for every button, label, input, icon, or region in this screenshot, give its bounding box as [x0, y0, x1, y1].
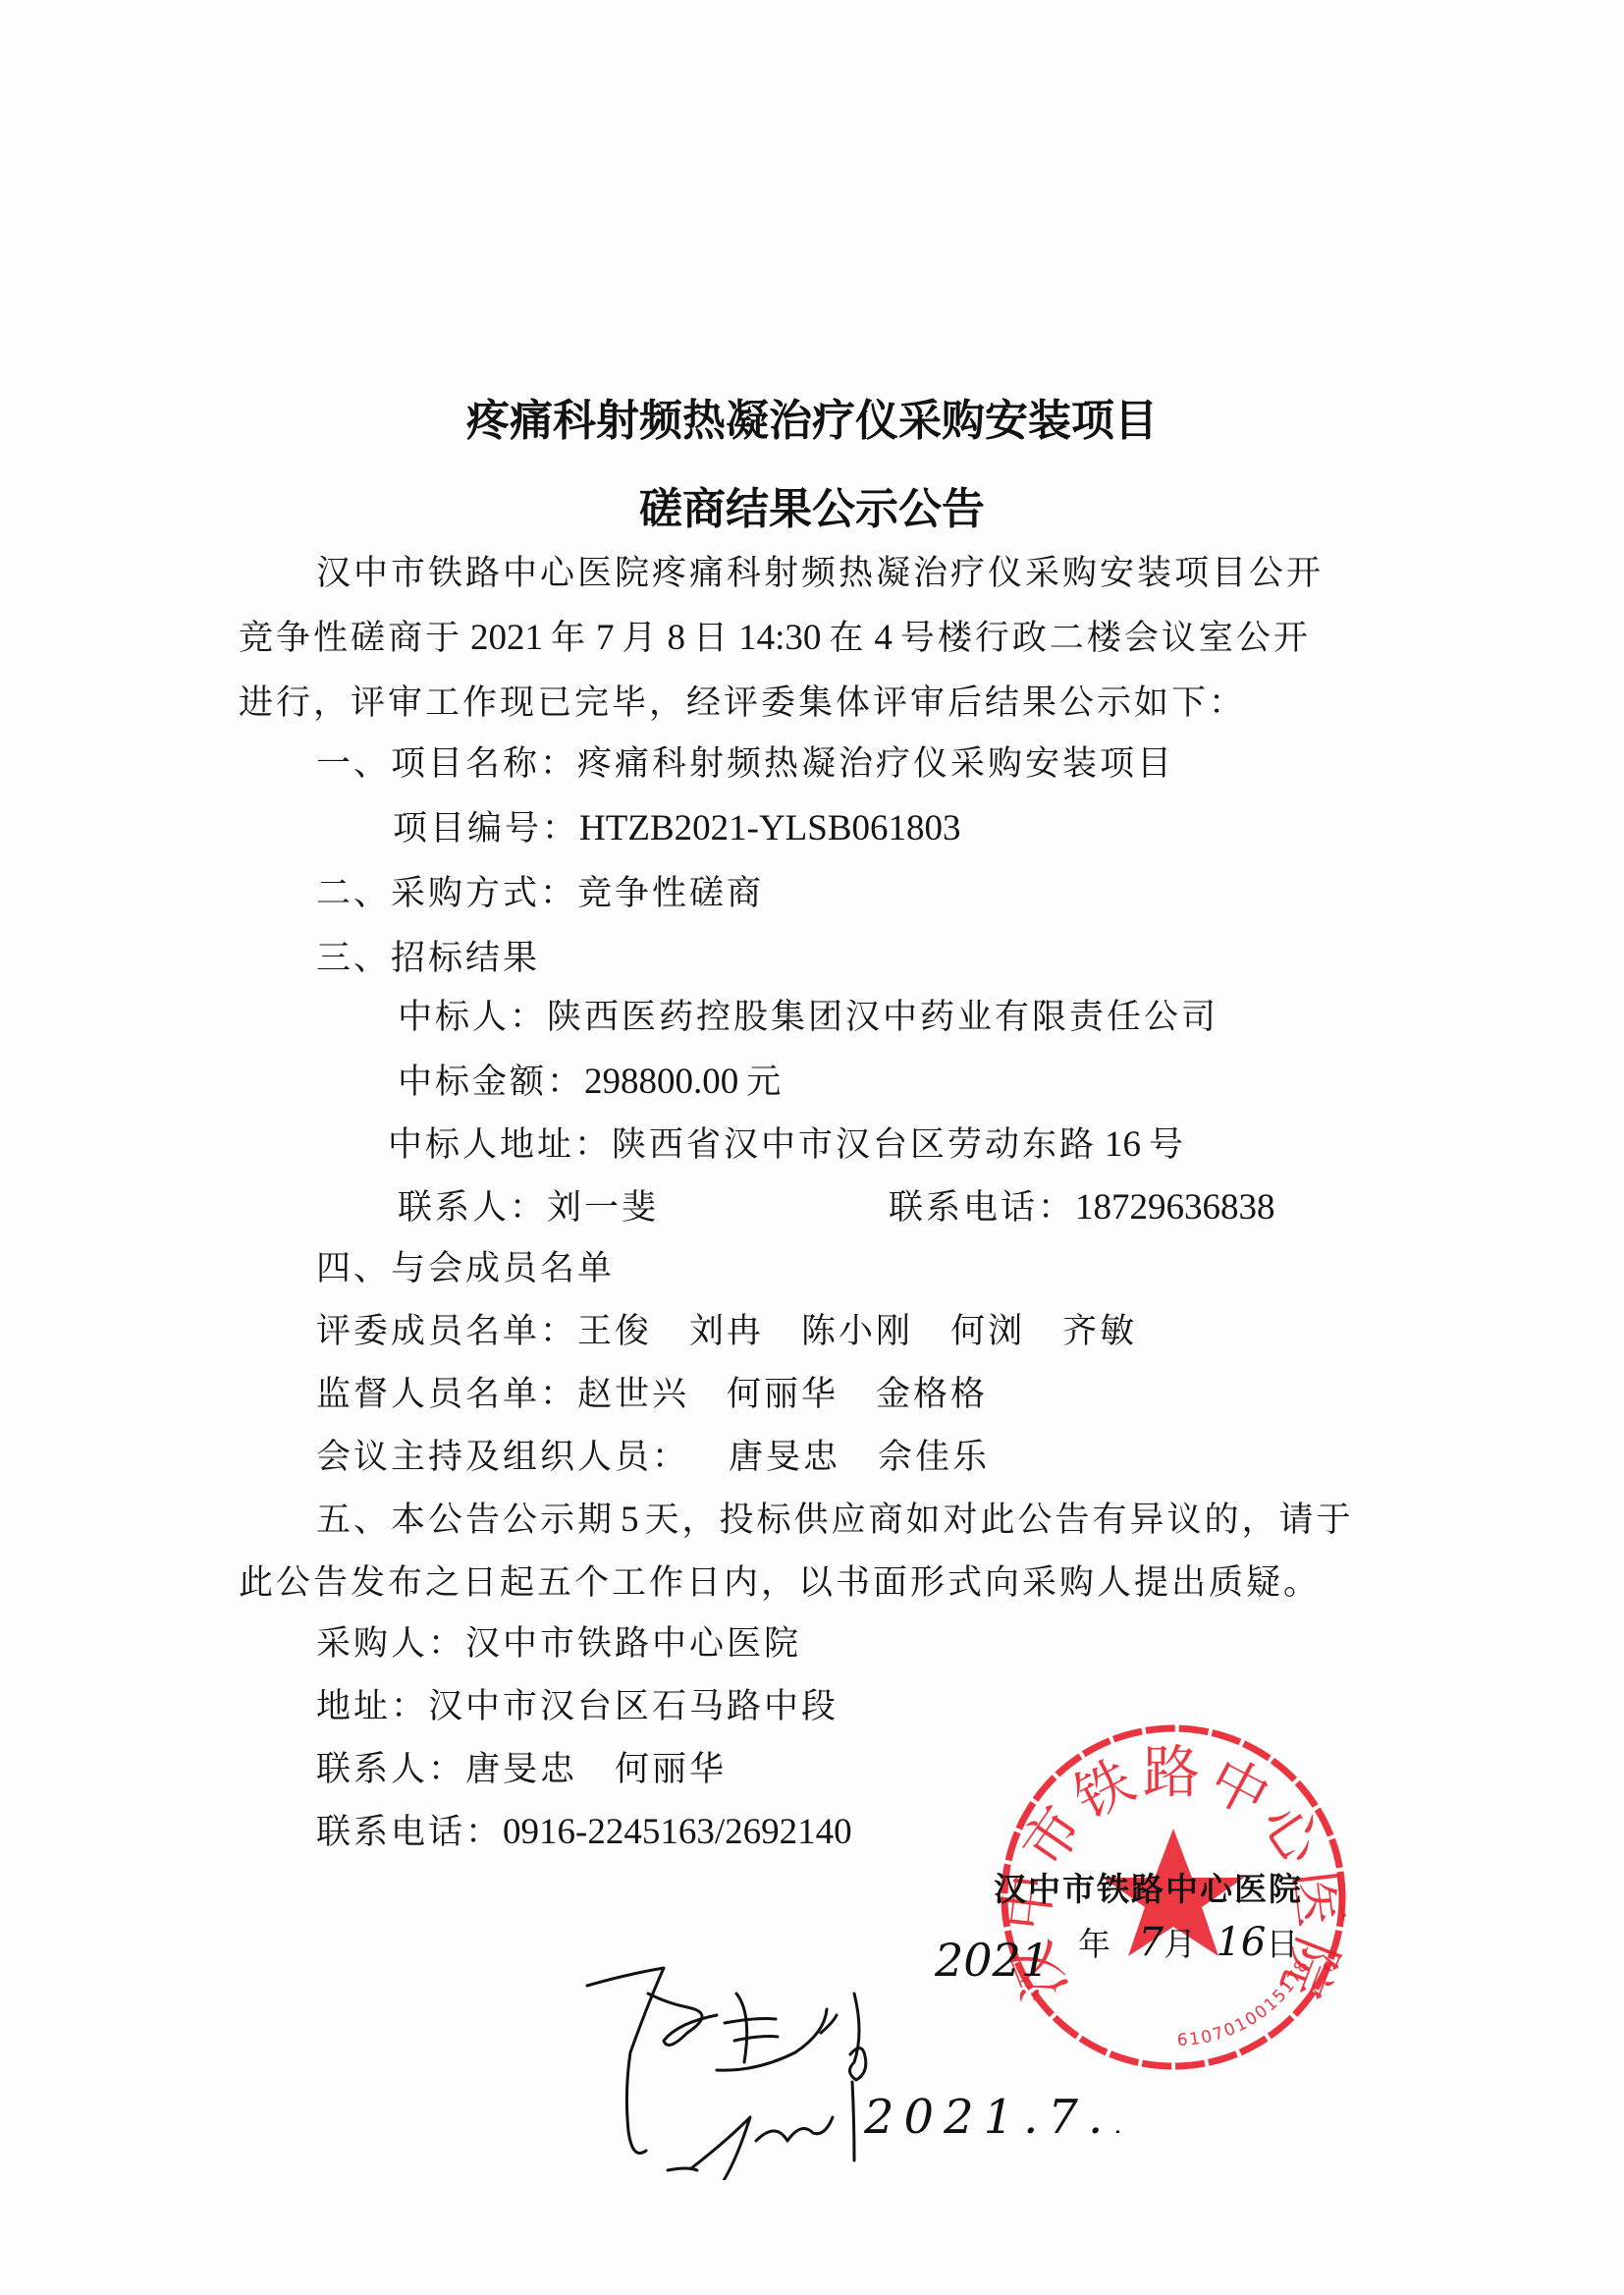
intro-line3: 进行，评审工作现已完毕，经评委集体评审后结果公示如下： — [239, 682, 1246, 725]
intro-text: 竞争性磋商于 — [239, 619, 462, 658]
host-name: 唐旻忠 — [729, 1438, 840, 1477]
amount-unit: 元 — [746, 1063, 784, 1102]
winner-address-label: 中标人地址： — [388, 1125, 612, 1165]
amount-value: 298800.00 — [584, 1062, 738, 1102]
handwritten-day: 16 — [1216, 1920, 1266, 1965]
purchaser-row: 采购人：汉中市铁路中心医院 — [316, 1622, 801, 1666]
purchaser-phone-row: 联系电话：0916-2245163/2692140 — [316, 1811, 852, 1854]
purchaser-address-row: 地址：汉中市汉台区石马路中段 — [316, 1685, 839, 1728]
intro-text: 在 — [829, 619, 866, 658]
supervisor-name: 赵世兴 — [577, 1375, 689, 1414]
purchaser-address-label: 地址： — [316, 1687, 428, 1726]
intro-text: 号楼行政二楼会议室公开 — [900, 619, 1311, 658]
purchaser-address-value: 汉中市汉台区石马路中段 — [428, 1687, 839, 1726]
winner-row: 中标人：陕西医药控股集团汉中药业有限责任公司 — [398, 996, 1218, 1039]
handwritten-month: 7 — [1139, 1920, 1164, 1965]
svg-text:6107010015178: 6107010015178 — [1176, 1955, 1313, 2050]
date-month-char: 月 — [1164, 1919, 1196, 1965]
notice-period-days: 5 — [621, 1500, 639, 1540]
purchaser-contact-name: 唐旻忠 — [465, 1750, 577, 1789]
intro-line1: 汉中市铁路中心医院疼痛科射频热凝治疗仪采购安装项目公开 — [316, 552, 1324, 595]
procurement-method-value: 竞争性磋商 — [577, 874, 764, 913]
procurement-method-label: 二、采购方式： — [316, 874, 577, 913]
judge-name: 陈小刚 — [801, 1312, 913, 1351]
host-name: 佘佳乐 — [878, 1438, 990, 1477]
document-title-line2: 磋商结果公示公告 — [0, 473, 1624, 536]
winner-phone-label: 联系电话： — [889, 1188, 1075, 1228]
supervisors-row: 监督人员名单：赵世兴何丽华金格格 — [316, 1373, 988, 1416]
judges-row: 评委成员名单：王俊刘冉陈小刚何浏齐敏 — [316, 1310, 1137, 1353]
hosts-row: 会议主持及组织人员：唐旻忠佘佳乐 — [316, 1436, 990, 1479]
judge-name: 王俊 — [577, 1312, 652, 1351]
winner-value: 陕西医药控股集团汉中药业有限责任公司 — [547, 998, 1218, 1037]
intro-text: 年 — [551, 619, 588, 658]
signature-date: 2021.7.16. — [863, 2090, 1119, 2145]
winner-address-number: 16 — [1105, 1124, 1141, 1165]
project-name-value: 疼痛科射频热凝治疗仪采购安装项目 — [577, 744, 1174, 784]
purchaser-label: 采购人： — [316, 1624, 465, 1664]
project-code-value: HTZB2021-YLSB061803 — [579, 808, 961, 848]
winner-phone-row: 联系电话：18729636838 — [889, 1186, 1275, 1229]
project-name-row: 一、项目名称：疼痛科射频热凝治疗仪采购安装项目 — [316, 742, 1174, 786]
objection-line2: 此公告发布之日起五个工作日内，以书面形式向采购人提出质疑。 — [239, 1561, 1321, 1605]
intro-text: 日 — [693, 619, 731, 658]
amount-row: 中标金额：298800.00元 — [398, 1061, 784, 1104]
purchaser-contact-row: 联系人：唐旻忠何丽华 — [316, 1748, 727, 1791]
winner-address-row: 中标人地址：陕西省汉中市汉台区劳动东路16号 — [388, 1123, 1186, 1167]
hosts-label: 会议主持及组织人员： — [316, 1438, 689, 1477]
purchaser-contact-label: 联系人： — [316, 1750, 465, 1789]
purchaser-value: 汉中市铁路中心医院 — [465, 1624, 801, 1664]
winner-contact-row: 联系人：刘一斐 — [398, 1186, 659, 1229]
meeting-day: 8 — [668, 618, 686, 658]
signoff-organization: 汉中市铁路中心医院 — [994, 1864, 1303, 1910]
winner-contact-value: 刘一斐 — [547, 1188, 659, 1228]
document-title-line1: 疼痛科射频热凝治疗仪采购安装项目 — [0, 385, 1624, 448]
bid-result-heading: 三、招标结果 — [316, 937, 540, 980]
objection-text: 五、本公告公示期 — [316, 1501, 615, 1540]
winner-label: 中标人： — [398, 998, 547, 1037]
project-name-label: 一、项目名称： — [316, 744, 577, 784]
project-code-row: 项目编号：HTZB2021-YLSB061803 — [393, 807, 961, 850]
winner-contact-label: 联系人： — [398, 1188, 547, 1228]
project-code-label: 项目编号： — [393, 809, 579, 848]
purchaser-contact-name: 何丽华 — [615, 1750, 727, 1789]
handwritten-year: 2021 — [934, 1934, 1050, 1987]
intro-line2: 竞争性磋商于2021年7月8日14:30在4号楼行政二楼会议室公开 — [239, 617, 1311, 660]
supervisor-name: 金格格 — [876, 1375, 988, 1414]
seal-code: 6107010015178 — [1176, 1955, 1313, 2050]
winner-address-suffix: 号 — [1149, 1125, 1186, 1165]
meeting-month: 7 — [596, 618, 615, 658]
meeting-time: 14:30 — [738, 618, 821, 658]
intro-text: 月 — [623, 619, 660, 658]
meeting-year: 2021 — [470, 618, 543, 658]
document-page: 疼痛科射频热凝治疗仪采购安装项目 磋商结果公示公告 汉中市铁路中心医院疼痛科射频… — [0, 0, 1624, 2295]
supervisor-name: 何丽华 — [727, 1375, 839, 1414]
objection-line1: 五、本公告公示期5天，投标供应商如对此公告有异议的，请于 — [316, 1499, 1354, 1542]
objection-text: 天，投标供应商如对此公告有异议的，请于 — [645, 1501, 1354, 1540]
building-number: 4 — [874, 618, 893, 658]
winner-address-value: 陕西省汉中市汉台区劳动东路 — [612, 1125, 1097, 1165]
date-day-char: 日 — [1266, 1919, 1298, 1965]
supervisors-label: 监督人员名单： — [316, 1375, 577, 1414]
handwritten-signature: 2021 2021.7.16. — [569, 1925, 1119, 2180]
judges-label: 评委成员名单： — [316, 1312, 577, 1351]
purchaser-phone-value: 0916-2245163/2692140 — [503, 1812, 852, 1852]
winner-phone-value: 18729636838 — [1075, 1187, 1275, 1228]
amount-label: 中标金额： — [398, 1063, 584, 1102]
purchaser-phone-label: 联系电话： — [316, 1813, 503, 1852]
judge-name: 齐敏 — [1062, 1312, 1137, 1351]
judge-name: 刘冉 — [689, 1312, 764, 1351]
attendees-heading: 四、与会成员名单 — [316, 1247, 615, 1290]
judge-name: 何浏 — [950, 1312, 1025, 1351]
procurement-method-row: 二、采购方式：竞争性磋商 — [316, 872, 764, 915]
